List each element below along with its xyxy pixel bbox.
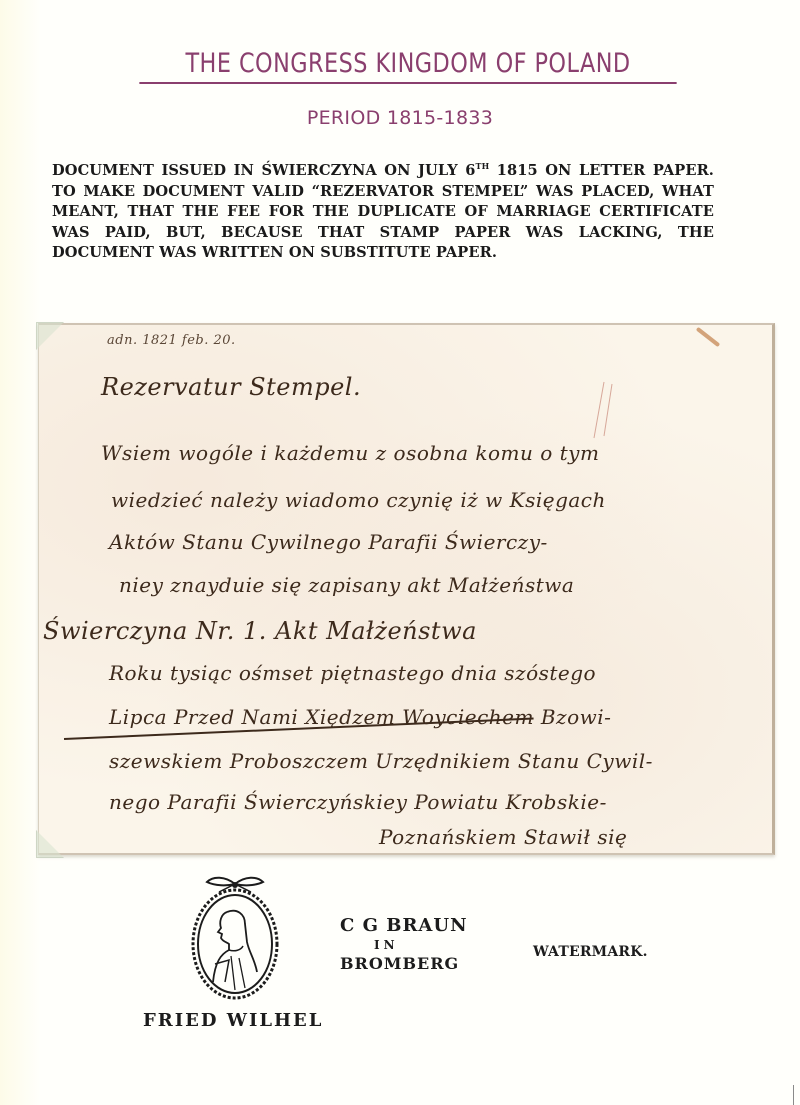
letter-line: Poznańskiem Stawił się xyxy=(379,825,627,849)
ink-stain xyxy=(696,327,721,347)
scan-edge-mark xyxy=(793,1085,794,1105)
mount-corner-top-left xyxy=(36,322,64,350)
portrait-medallion-icon xyxy=(185,872,285,1002)
watermark-name-fried-wilhel: FRIED WILHEL xyxy=(143,1010,323,1031)
page-edge-tint xyxy=(0,0,40,1105)
document-description: DOCUMENT ISSUED IN ŚWIERCZYNA ON JULY 6T… xyxy=(52,156,714,264)
period-subtitle: PERIOD 1815-1833 xyxy=(0,107,800,129)
letter-line: Roku tysiąc ośmset piętnastego dnia szós… xyxy=(109,661,596,685)
letter-line: nego Parafii Świerczyńskiey Powiatu Krob… xyxy=(109,790,607,814)
maker-line-3: BROMBERG xyxy=(340,953,480,975)
letter-line: Aktów Stanu Cywilnego Parafii Świerczy- xyxy=(109,530,548,554)
letter-line: szewskiem Proboszczem Urzędnikiem Stanu … xyxy=(109,749,653,773)
letter-line: niey znayduie się zapisany akt Małżeństw… xyxy=(119,573,574,597)
letter-line: Rezervatur Stempel. xyxy=(101,373,361,401)
description-superscript: TH xyxy=(476,161,490,171)
historical-letter-image: adn. 1821 feb. 20. Rezervatur Stempel. W… xyxy=(38,323,775,855)
description-part1: DOCUMENT ISSUED IN ŚWIERCZYNA ON JULY 6 xyxy=(52,162,476,179)
watermark-label: WATERMARK. xyxy=(533,944,648,960)
maker-line-2: IN xyxy=(340,937,480,953)
archive-note: adn. 1821 feb. 20. xyxy=(107,333,236,348)
maker-line-1: C G BRAUN xyxy=(340,915,480,937)
letter-line: Wsiem wogóle i każdemu z osobna komu o t… xyxy=(101,441,599,465)
letter-line: Świerczyna Nr. 1. Akt Małżeństwa xyxy=(43,617,477,645)
mount-corner-bottom-left xyxy=(36,830,64,858)
paper-maker-mark: C G BRAUN IN BROMBERG xyxy=(340,915,480,975)
letter-line: Lipca Przed Nami Xiędzem Woyciechem Bzow… xyxy=(109,705,611,729)
letter-line: wiedzieć należy wiadomo czynię iż w Księ… xyxy=(111,488,606,512)
page-title: THE CONGRESS KINGDOM OF POLAND xyxy=(139,48,676,84)
pencil-marks xyxy=(584,380,624,440)
